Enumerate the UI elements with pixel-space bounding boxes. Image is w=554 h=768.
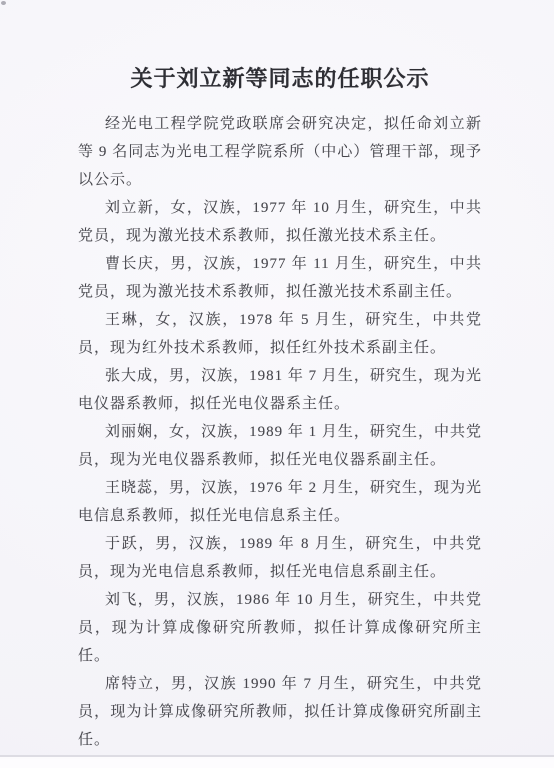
document-body: 关于刘立新等同志的任职公示 经光电工程学院党政联席会研究决定，拟任命刘立新等 9… [0,0,554,754]
person-paragraph-2: 曹长庆，男，汉族，1977 年 11 月生，研究生，中共党员，现为激光技术系教师… [78,250,482,306]
scanned-document-page: 关于刘立新等同志的任职公示 经光电工程学院党政联席会研究决定，拟任命刘立新等 9… [0,0,554,768]
person-paragraph-8: 刘飞，男，汉族，1986 年 10 月生，研究生，中共党员，现为计算成像研究所教… [78,586,482,670]
person-paragraph-1: 刘立新，女，汉族，1977 年 10 月生，研究生，中共党员，现为激光技术系教师… [78,194,482,250]
paper-sheet: 关于刘立新等同志的任职公示 经光电工程学院党政联席会研究决定，拟任命刘立新等 9… [0,0,554,757]
person-paragraph-4: 张大成，男，汉族，1981 年 7 月生，研究生，现为光电仪器系教师，拟任光电仪… [78,362,482,418]
person-paragraph-7: 于跃，男，汉族，1989 年 8 月生，研究生，中共党员，现为光电信息系教师，拟… [78,530,482,586]
intro-paragraph: 经光电工程学院党政联席会研究决定，拟任命刘立新等 9 名同志为光电工程学院系所（… [78,110,482,194]
person-paragraph-6: 王晓蕊，男，汉族，1976 年 2 月生，研究生，现为光电信息系教师，拟任光电信… [78,474,482,530]
scanner-background-strip [0,759,554,768]
person-paragraph-5: 刘丽娴，女，汉族，1989 年 1 月生，研究生，中共党员，现为光电仪器系教师，… [78,418,482,474]
document-title: 关于刘立新等同志的任职公示 [78,64,482,94]
person-paragraph-9: 席特立，男，汉族 1990 年 7 月生，研究生，中共党员，现为计算成像研究所教… [78,670,482,754]
person-paragraph-3: 王琳，女，汉族，1978 年 5 月生，研究生，中共党员，现为红外技术系教师，拟… [78,306,482,362]
